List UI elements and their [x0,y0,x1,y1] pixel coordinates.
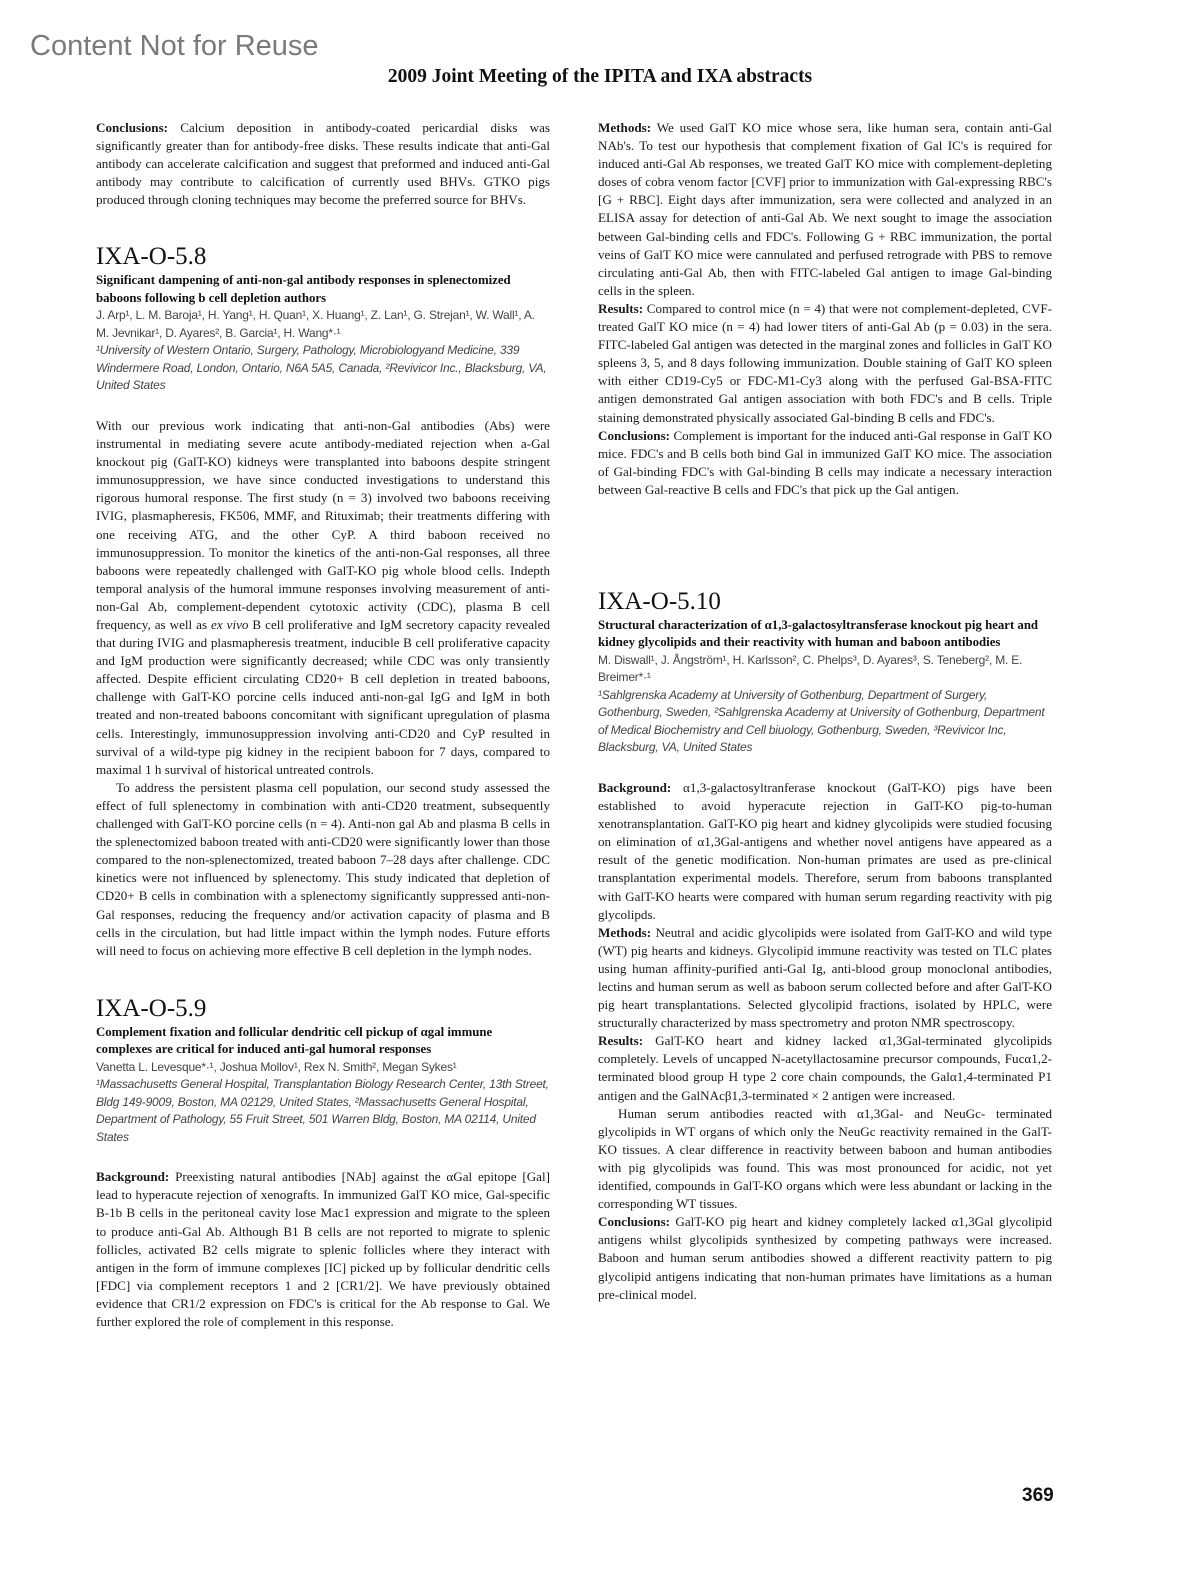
abstract-results: Results: GalT-KO heart and kidney lacked… [598,1032,1052,1104]
abstract-title: Significant dampening of anti-non-gal an… [96,272,550,307]
abstract-results-paragraph-2: Human serum antibodies reacted with α1,3… [598,1105,1052,1214]
abstract-ixa-o-5-9: IXA-O-5.9 Complement fixation and follic… [96,994,550,1331]
background-text: α1,3-galactosyltranferase knockout (GalT… [598,780,1052,922]
abstract-title: Complement fixation and follicular dendr… [96,1024,550,1059]
abstract-body-paragraph: With our previous work indicating that a… [96,417,550,779]
results-text: GalT-KO heart and kidney lacked α1,3Gal-… [598,1033,1052,1102]
abstract-id: IXA-O-5.9 [96,994,550,1024]
methods-text: Neutral and acidic glycolipids were isol… [598,925,1052,1030]
conclusions-label: Conclusions: [96,120,168,135]
prev-abstract-conclusions: Conclusions: Calcium deposition in antib… [96,119,550,209]
results-label: Results: [598,301,643,316]
body-text: With our previous work indicating that a… [96,418,550,632]
body-text: B cell proliferative and IgM secretory c… [96,617,550,777]
results-label: Results: [598,1033,643,1048]
methods-label: Methods: [598,925,651,940]
abstract-title: Structural characterization of α1,3-gala… [598,617,1052,652]
background-label: Background: [96,1169,169,1184]
background-text: Preexisting natural antibodies [NAb] aga… [96,1169,550,1329]
abstract-affiliations: ¹University of Western Ontario, Surgery,… [96,342,550,395]
abstract-affiliations: ¹Sahlgrenska Academy at University of Go… [598,687,1052,757]
abstract-ixa-o-5-8: IXA-O-5.8 Significant dampening of anti-… [96,242,550,959]
running-head: 2009 Joint Meeting of the IPITA and IXA … [0,66,1200,88]
abstract-methods: Methods: Neutral and acidic glycolipids … [598,924,1052,1033]
abstract-background: Background: Preexisting natural antibodi… [96,1168,550,1331]
abstract-ixa-o-5-10: IXA-O-5.10 Structural characterization o… [598,587,1052,1304]
abstract-id: IXA-O-5.8 [96,242,550,272]
conclusions-label: Conclusions: [598,428,670,443]
abstract-body-paragraph: To address the persistent plasma cell po… [96,779,550,960]
abstract-ixa-o-5-9-continued: Methods: We used GalT KO mice whose sera… [598,119,1052,499]
abstract-conclusions: Conclusions: GalT-KO pig heart and kidne… [598,1213,1052,1303]
background-label: Background: [598,780,671,795]
conclusions-label: Conclusions: [598,1214,670,1229]
body-italic-text: ex vivo [211,617,248,632]
abstract-background: Background: α1,3-galactosyltranferase kn… [598,779,1052,924]
methods-label: Methods: [598,120,651,135]
abstract-results: Results: Compared to control mice (n = 4… [598,300,1052,427]
results-text: Compared to control mice (n = 4) that we… [598,301,1052,425]
right-column: Methods: We used GalT KO mice whose sera… [598,119,1052,1304]
abstract-methods: Methods: We used GalT KO mice whose sera… [598,119,1052,300]
abstract-conclusions: Conclusions: Complement is important for… [598,427,1052,499]
page-number: 369 [1022,1485,1054,1507]
abstract-authors: Vanetta L. Levesque*·¹, Joshua Mollov¹, … [96,1059,550,1077]
abstract-affiliations: ¹Massachusetts General Hospital, Transpl… [96,1076,550,1146]
abstract-authors: J. Arp¹, L. M. Baroja¹, H. Yang¹, H. Qua… [96,307,550,342]
left-column: Conclusions: Calcium deposition in antib… [96,119,550,1331]
methods-text: We used GalT KO mice whose sera, like hu… [598,120,1052,298]
abstract-authors: M. Diswall¹, J. Ångström¹, H. Karlsson²,… [598,652,1052,687]
abstract-id: IXA-O-5.10 [598,587,1052,617]
watermark: Content Not for Reuse [30,30,319,63]
